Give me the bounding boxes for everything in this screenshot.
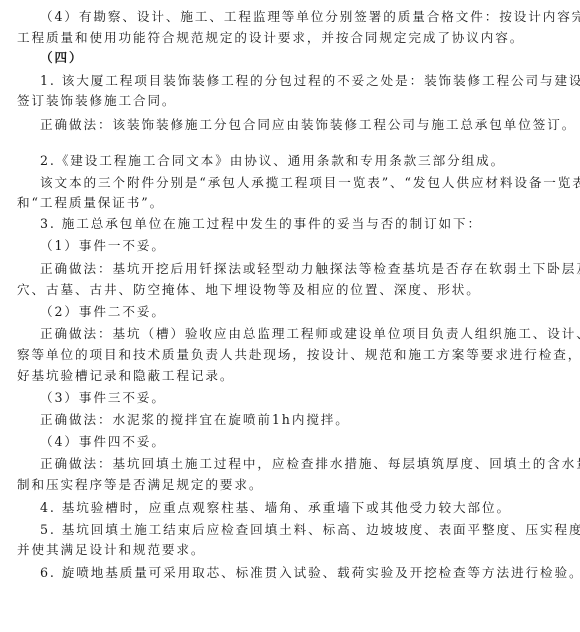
document-page: （4）有勘察、设计、施工、工程监理等单位分别签署的质量合格文件：按设计内容完成，… (0, 0, 580, 632)
text-line-12: 穴、古墓、古井、防空掩体、地下埋设物等及相应的位置、深度、形状。 (17, 282, 481, 298)
text-line-23: 5. 基坑回填土施工结束后应检查回填土料、标高、边坡坡度、表面平整度、压实程度等… (40, 522, 580, 538)
text-line-7: 该文本的三个附件分别是“承包人承揽工程项目一览表”、“发包人供应材料设备一览表” (40, 175, 580, 191)
text-line-4: 签订装饰装修施工合同。 (17, 93, 176, 109)
text-line-5: 正确做法：该装饰装修施工分包合同应由装饰装修工程公司与施工总承包单位签订。 (40, 117, 576, 133)
text-line-16: 好基坑验槽记录和隐蔽工程记录。 (17, 368, 234, 384)
text-line-14: 正确做法：基坑（槽）验收应由总监理工程师或建设单位项目负责人组织施工、设计、勘 (40, 326, 580, 342)
text-line-22: 4. 基坑验槽时，应重点观察柱基、墙角、承重墙下或其他受力较大部位。 (40, 500, 511, 516)
text-line-11: 正确做法：基坑开挖后用钎探法或轻型动力触探法等检查基坑是否存在软弱土下卧层及空 (40, 261, 580, 277)
text-line-3: 1. 该大厦工程项目装饰装修工程的分包过程的不妥之处是：装饰装修工程公司与建设单… (40, 73, 580, 89)
text-line-0: （4）有勘察、设计、施工、工程监理等单位分别签署的质量合格文件：按设计内容完成， (40, 9, 580, 25)
text-line-25: 6. 旋喷地基质量可采用取芯、标准贯入试验、载荷实验及开挖检查等方法进行检验。 (40, 565, 580, 581)
text-line-18: 正确做法：水泥浆的搅拌宜在旋喷前1h内搅拌。 (40, 412, 350, 428)
text-line-8: 和“工程质量保证书”。 (17, 195, 164, 211)
text-line-17: （3）事件三不妥。 (40, 390, 166, 406)
text-line-24: 并使其满足设计和规范要求。 (17, 542, 205, 558)
text-line-20: 正确做法：基坑回填土施工过程中，应检查排水措施、每层填筑厚度、回填土的含水量控 (40, 456, 580, 472)
section-heading: （四） (40, 50, 83, 66)
text-line-13: （2）事件二不妥。 (40, 304, 166, 320)
text-line-19: （4）事件四不妥。 (40, 434, 166, 450)
text-line-10: （1）事件一不妥。 (40, 238, 166, 254)
text-line-15: 察等单位的项目和技术质量负责人共赴现场，按设计、规范和施工方案等要求进行检查，并… (17, 347, 580, 363)
text-line-9: 3. 施工总承包单位在施工过程中发生的事件的妥当与否的制订如下： (40, 216, 482, 232)
text-line-6: 2.《建设工程施工合同文本》由协议、通用条款和专用条款三部分组成。 (40, 153, 505, 169)
text-line-1: 工程质量和使用功能符合规范规定的设计要求，并按合同规定完成了协议内容。 (17, 30, 524, 46)
text-line-21: 制和压实程序等是否满足规定的要求。 (17, 477, 263, 493)
